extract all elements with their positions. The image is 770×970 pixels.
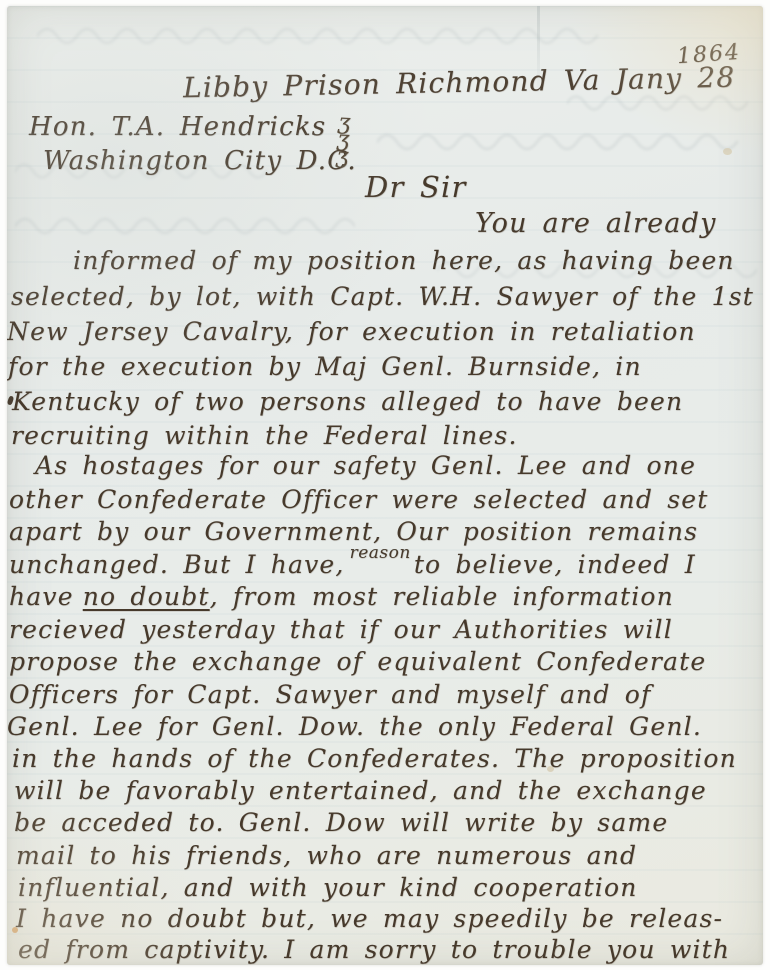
letter-line: other Confederate Officer were selected …	[9, 485, 708, 514]
letter-line: recieved yesterday that if our Authoriti…	[9, 615, 673, 644]
letter-line: in the hands of the Confederates. The pr…	[12, 744, 737, 773]
letter-line: for the execution by Maj Genl. Burnside,…	[8, 352, 642, 381]
scanned-letter-photo: 1864 Libby Prison Richmond Va Jany 28 Ho…	[0, 0, 770, 970]
line-text: to believe, indeed I	[414, 550, 696, 579]
letter-line: As hostages for our safety Genl. Lee and…	[35, 451, 696, 480]
letter-line: recruiting within the Federal lines.	[11, 421, 518, 450]
letter-line: be acceded to. Genl. Dow will write by s…	[14, 808, 668, 837]
bleed-through-ghost-writing	[37, 22, 617, 48]
letter-page: 1864 Libby Prison Richmond Va Jany 28 Ho…	[7, 6, 763, 965]
recipient-name: Hon. T.A. Hendricks	[29, 112, 326, 142]
bleed-through-ghost-writing	[377, 128, 747, 154]
underlined-phrase: no doubt	[83, 582, 210, 611]
letter-line: mail to his friends, who are numerous an…	[16, 841, 637, 870]
foxing-spot	[723, 148, 732, 155]
bleed-through-ghost-writing	[15, 212, 355, 238]
recipient-city: Washington City D.C.	[43, 146, 357, 176]
letter-line: ed from captivity. I am sorry to trouble…	[18, 935, 730, 964]
letter-line: apart by our Government, Our position re…	[9, 517, 698, 546]
letter-line: will be favorably entertained, and the e…	[14, 776, 707, 805]
letter-line: Genl. Lee for Genl. Dow. the only Federa…	[7, 712, 702, 741]
letter-line: selected, by lot, with Capt. W.H. Sawyer…	[11, 282, 754, 311]
dateline: Libby Prison Richmond Va Jany 28	[183, 61, 736, 105]
letter-line: Officers for Capt. Sawyer and myself and…	[9, 680, 651, 709]
letter-line: I have no doubt but, we may speedily be …	[16, 904, 723, 933]
letter-line: informed of my position here, as having …	[73, 246, 735, 275]
line-text: , from most reliable information	[210, 582, 674, 611]
letter-line: Kentucky of two persons alleged to have …	[12, 387, 683, 416]
letter-line: propose the exchange of equivalent Confe…	[9, 647, 706, 676]
line-text: have	[9, 582, 74, 611]
letter-line: influential, and with your kind cooperat…	[18, 873, 638, 902]
line-text: unchanged. But I have,	[9, 550, 345, 579]
letter-line: New Jersey Cavalry, for execution in ret…	[7, 317, 696, 346]
salutation: Dr Sir	[365, 170, 467, 204]
inserted-word-above-line: reason	[350, 543, 411, 563]
opening-phrase: You are already	[475, 208, 717, 239]
letter-line-with-underline: haveno doubt, from most reliable informa…	[9, 582, 674, 611]
brace-squiggle: ʒ	[336, 148, 349, 166]
letter-line-with-insertion: unchanged. But I have,reasonto believe, …	[9, 550, 696, 579]
